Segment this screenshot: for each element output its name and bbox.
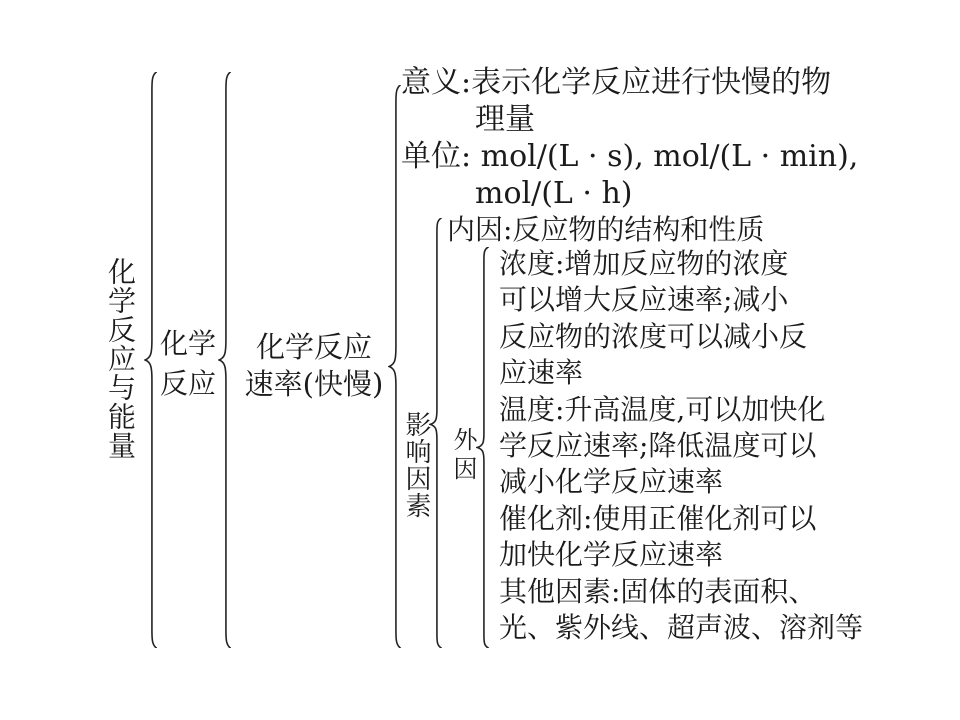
external-factor-line: 浓度:增加反应物的浓度: [499, 246, 863, 282]
factors-node-label: 影响因素: [403, 411, 429, 519]
unit-line-continued: mol/(L · h): [401, 175, 858, 212]
external-brace-icon: [476, 247, 490, 648]
unit-line: 单位: mol/(L · s), mol/(L · min),: [401, 138, 858, 175]
external-factor-line: 应速率: [499, 355, 863, 391]
external-factor-line: 其他因素:固体的表面积、: [499, 574, 863, 610]
factors-brace-icon: [429, 218, 443, 648]
external-factor-line: 反应物的浓度可以减小反: [499, 319, 863, 355]
external-factor-line: 光、紫外线、超声波、溶剂等: [499, 610, 863, 646]
rate-node-label: 化学反应 速率(快慢): [236, 329, 392, 403]
meaning-unit-block: 意义:表示化学反应进行快慢的物 理量 单位: mol/(L · s), mol/…: [401, 64, 858, 212]
root-node-label: 化学反应与能量: [106, 257, 134, 460]
external-factors-block: 浓度:增加反应物的浓度 可以增大反应速率;减小 反应物的浓度可以减小反 应速率 …: [499, 246, 863, 646]
external-factor-line: 可以增大反应速率;减小: [499, 282, 863, 318]
reaction-node-line: 化学: [156, 324, 220, 364]
reaction-node-line: 反应: [156, 364, 220, 404]
external-factor-line: 催化剂:使用正催化剂可以: [499, 501, 863, 537]
external-factor-line: 学反应速率;降低温度可以: [499, 428, 863, 464]
concept-map-canvas: 化学反应与能量 化学 反应 化学反应 速率(快慢) 意义:表示化学反应进行快慢的…: [0, 0, 960, 720]
internal-cause-line: 内因:反应物的结构和性质: [447, 212, 764, 248]
rate-node-line: 速率(快慢): [236, 366, 392, 403]
external-cause-label: 外因: [451, 427, 475, 485]
external-factor-line: 加快化学反应速率: [499, 537, 863, 573]
external-factor-line: 减小化学反应速率: [499, 464, 863, 500]
meaning-line-continued: 理量: [401, 101, 858, 138]
external-factor-line: 温度:升高温度,可以加快化: [499, 392, 863, 428]
meaning-line: 意义:表示化学反应进行快慢的物: [401, 64, 858, 101]
rate-node-line: 化学反应: [236, 329, 392, 366]
reaction-node-label: 化学 反应: [156, 324, 220, 404]
rate-brace-icon: [388, 85, 402, 648]
reaction-brace-icon: [218, 72, 232, 648]
